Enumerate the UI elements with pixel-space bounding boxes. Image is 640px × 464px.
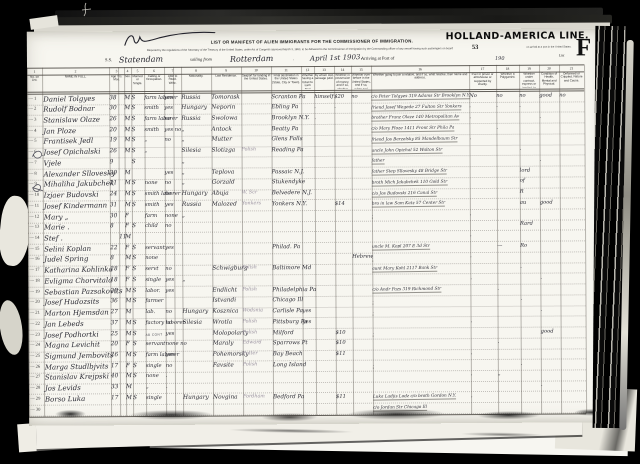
cell-dest: Baltimore Md bbox=[272, 265, 311, 271]
cell-pri: . bbox=[471, 372, 473, 378]
cell-yrs: 33 bbox=[111, 384, 118, 390]
cell-hea: . bbox=[539, 114, 541, 120]
cell-dest: Belvedere N.J. bbox=[272, 190, 312, 196]
cell-res: Swolowa bbox=[211, 115, 237, 121]
cell-name: Jan Ploze bbox=[43, 127, 76, 136]
cell-rw: yes bbox=[165, 202, 174, 208]
cell-nat: Hungary bbox=[181, 105, 207, 111]
paper-blotch bbox=[0, 299, 26, 357]
cell-rw: yes bbox=[164, 94, 173, 100]
cell-poly: „ bbox=[498, 371, 501, 377]
cell-no: — 15 bbox=[29, 245, 39, 250]
cell-ms: S bbox=[131, 95, 135, 101]
cell-con: . bbox=[520, 264, 522, 270]
cell-con: . bbox=[519, 103, 521, 109]
cell-occ: none bbox=[145, 180, 158, 186]
cell-rel: . bbox=[372, 255, 373, 262]
cell-ms: S bbox=[132, 223, 136, 229]
cell-occ: farm laborer bbox=[144, 116, 177, 122]
cell-rel: . bbox=[373, 330, 374, 337]
column-header: Seaport for landing in the United States… bbox=[242, 74, 271, 89]
cell-before: Hebrew bbox=[352, 254, 373, 260]
cell-rel: friend Jos Barzelsky 85 Mandelbaum Str bbox=[371, 135, 457, 143]
cell-sex: M bbox=[124, 105, 130, 111]
cell-rw: . bbox=[166, 384, 168, 390]
cell-rel: bro in law Sam Katz 57 Center Str bbox=[372, 200, 445, 208]
cell-sea: Yonkers bbox=[242, 201, 261, 206]
cell-occ: servt bbox=[145, 266, 158, 272]
cell-no: — 23 bbox=[30, 331, 40, 336]
cell-paid: himself bbox=[314, 93, 333, 99]
cell-dest: Scranton Pa bbox=[271, 94, 305, 100]
cell-dest: Stukendyke bbox=[272, 179, 305, 185]
cell-dest: Beatty Pa bbox=[271, 126, 298, 132]
cell-occ: „ bbox=[146, 384, 149, 390]
cell-yrs: 20 bbox=[111, 342, 118, 348]
cell-occ: labor. bbox=[145, 288, 160, 294]
column-header: Nationality. bbox=[182, 75, 211, 90]
cell-rel: broth Mich Jakubchek 110 Gold Str bbox=[372, 178, 448, 186]
cell-name: Katharina Kohlinka bbox=[44, 265, 113, 274]
cell-dest: Chicago Ill bbox=[272, 297, 303, 303]
cell-ms: S bbox=[133, 341, 137, 347]
cell-res: Wrotla bbox=[213, 319, 233, 325]
cell-sea: Polish bbox=[242, 287, 257, 292]
cell-dest: Passaic N.J. bbox=[272, 169, 305, 175]
cell-res: Abuja bbox=[212, 191, 229, 197]
column-header: Sex. bbox=[125, 75, 131, 90]
cell-nat: Hungary bbox=[182, 309, 208, 315]
cell-name: Alexander Sllovesky bbox=[44, 169, 116, 178]
cell-sea: Polish bbox=[243, 362, 258, 367]
cell-no: — 19 bbox=[29, 288, 39, 293]
column-header: Able to Read. Write. bbox=[165, 75, 181, 90]
cell-name: Sigmund Jembovits bbox=[45, 351, 114, 360]
cell-rw: yes bbox=[165, 277, 174, 283]
cell-name: Stef . bbox=[44, 234, 63, 242]
cell-rel: uncle M. Kopl 207 E 3d Str bbox=[372, 243, 430, 250]
cell-nat: „ bbox=[182, 180, 185, 186]
cell-hea: good bbox=[539, 92, 552, 98]
cell-rw: yes no bbox=[164, 127, 181, 133]
cell-ms: S bbox=[133, 352, 137, 358]
cell-poly: . bbox=[498, 339, 500, 345]
cell-rw: no bbox=[165, 309, 172, 315]
cell-name: Selini Koplan bbox=[44, 244, 91, 253]
cell-con: R bbox=[520, 189, 524, 195]
cell-rel: . bbox=[373, 362, 374, 369]
cell-pri: . bbox=[469, 135, 471, 141]
cell-pri: . bbox=[470, 275, 472, 281]
cell-res: Teplova bbox=[212, 169, 235, 175]
cell-nat: „ bbox=[181, 137, 184, 143]
cell-no: — 8 bbox=[29, 170, 37, 175]
margin-scribble bbox=[30, 147, 46, 161]
cell-yrs: 20 bbox=[109, 127, 116, 133]
cell-no: — 12 bbox=[29, 213, 39, 218]
cell-name: Frantisek Jedl bbox=[43, 137, 93, 146]
cell-money: $14 bbox=[335, 201, 345, 207]
cell-name: Josef Opichalski bbox=[43, 148, 100, 157]
cell-yrs: 38 bbox=[109, 95, 116, 101]
cell-ms: S bbox=[132, 288, 136, 294]
cell-occ: none bbox=[146, 373, 159, 379]
cell-ms: S bbox=[131, 105, 135, 111]
manifest-document: LIST OR MANIFEST OF ALIEN IMMIGRANTS FOR… bbox=[27, 28, 609, 426]
contract-stamp: AB CONT bbox=[146, 332, 163, 337]
cell-poly: . bbox=[496, 103, 498, 109]
cell-ms: S bbox=[132, 202, 136, 208]
cell-yrs: 9 bbox=[110, 159, 114, 165]
cell-sex: M bbox=[125, 288, 131, 294]
column-number: 8 bbox=[181, 68, 211, 72]
cell-poly: . bbox=[497, 286, 499, 292]
cell-name: Mihaliha Jakubchek bbox=[44, 180, 115, 189]
cell-rel: . bbox=[372, 298, 373, 305]
column-number: 12 bbox=[301, 68, 314, 72]
column-number: 18 bbox=[496, 66, 519, 70]
cell-no: — 28 bbox=[30, 385, 40, 390]
cell-occ: child bbox=[145, 223, 158, 229]
cell-sex: F bbox=[125, 223, 129, 229]
cell-nat: Russia bbox=[181, 116, 200, 122]
cell-no: — 4 bbox=[28, 127, 36, 132]
cell-pri: . bbox=[471, 350, 473, 356]
margin-scribble bbox=[30, 180, 46, 194]
column-header: Whether having a ticket to such final de… bbox=[302, 74, 314, 89]
cell-sex: M bbox=[126, 331, 132, 337]
column-number: 11 bbox=[271, 68, 301, 72]
cell-res: Tomorask bbox=[211, 94, 240, 100]
cell-con: Rard bbox=[520, 221, 533, 227]
cell-res: Antock bbox=[211, 126, 232, 132]
cell-yrs: 17 bbox=[111, 363, 118, 369]
cell-rw: no bbox=[166, 320, 173, 326]
cell-name: Josef Kindermann bbox=[44, 201, 108, 210]
cell-rel: uncle John Opichal 52 Walton Str bbox=[371, 146, 442, 154]
cell-res: Favsite bbox=[213, 362, 234, 368]
cell-nat: Russia bbox=[182, 202, 201, 208]
cell-yrs: 20 bbox=[110, 170, 117, 176]
cell-sex: F bbox=[126, 363, 130, 369]
cell-name: Marie . bbox=[44, 223, 70, 232]
cell-sex: M bbox=[125, 148, 131, 154]
cell-yrs: 26 bbox=[109, 116, 116, 122]
cell-sea: Potter bbox=[243, 351, 258, 356]
cell-no: — 18 bbox=[29, 278, 39, 283]
cell-poly: . bbox=[496, 125, 498, 131]
cell-rw: no bbox=[165, 180, 172, 186]
cell-dest: Milford bbox=[273, 330, 294, 336]
cell-rel: brother Franz Olaze 140 Metropolitan Av bbox=[371, 114, 459, 122]
cell-sex: F bbox=[125, 277, 129, 283]
cell-nat: „ bbox=[182, 159, 185, 165]
cell-hea: good bbox=[541, 328, 554, 334]
cell-ms: S bbox=[132, 245, 136, 251]
cell-res: Endlicht bbox=[212, 287, 237, 293]
cell-no: — 27 bbox=[30, 374, 40, 379]
cell-hea: . bbox=[540, 275, 542, 281]
cell-no: — 24 bbox=[30, 342, 40, 347]
cell-sea: Polish bbox=[243, 319, 258, 324]
cell-tkt: yes bbox=[303, 319, 312, 325]
cell-res: Kosznica bbox=[212, 309, 238, 315]
cell-nat: „ bbox=[182, 277, 185, 283]
cell-name: Marton Hjemsdan bbox=[44, 308, 108, 317]
cell-con: no bbox=[519, 92, 526, 98]
cell-rw: no bbox=[165, 266, 172, 272]
cell-occ: farmer bbox=[145, 298, 163, 304]
cell-ms: S bbox=[132, 277, 136, 283]
cell-ms: S bbox=[131, 127, 135, 133]
cell-name: Vjele bbox=[43, 159, 61, 167]
cell-con: of bbox=[520, 178, 525, 184]
cell-no: — 25 bbox=[30, 353, 40, 358]
cell-yrs: 40 bbox=[111, 374, 118, 380]
column-header: Condition of Health, Mental and Physical… bbox=[540, 73, 559, 88]
cell-rw: none no bbox=[166, 341, 187, 347]
cell-no: — 11 bbox=[29, 203, 39, 208]
cell-rel: c/o Peter Tolgyes 319 Adams Str Brooklyn… bbox=[371, 92, 470, 100]
column-number: 19 bbox=[519, 66, 539, 70]
cell-sex: M bbox=[124, 95, 130, 101]
cell-rel: c/o Jos Budovski 216 Canal Str bbox=[372, 189, 438, 196]
cell-occ: servant bbox=[145, 245, 165, 251]
cell-name: Josef Podhortki bbox=[45, 330, 99, 339]
cell-dest: Yonkers N.Y. bbox=[272, 201, 307, 207]
cell-sea: Polish bbox=[242, 148, 257, 153]
cell-no: — 17 bbox=[29, 267, 39, 272]
cell-rel: c/o Andr Pazs 319 Richmond Str bbox=[372, 286, 441, 294]
column-header: Whether a Polygamist. bbox=[497, 73, 519, 88]
manifest-table: 123456789101112131415161718192021No. on … bbox=[27, 28, 586, 425]
pencil-mark bbox=[74, 0, 114, 22]
cell-nat: Silesia bbox=[183, 320, 202, 326]
cell-money: $11 bbox=[336, 351, 346, 357]
cell-yrs: 24 bbox=[110, 191, 117, 197]
cell-name: Daniel Tolgyes bbox=[43, 94, 95, 103]
column-number: 4 bbox=[124, 69, 131, 73]
cell-sex: M bbox=[124, 127, 130, 133]
cell-sex: M bbox=[125, 191, 131, 197]
cell-pri: . bbox=[470, 232, 472, 238]
cell-con: . bbox=[521, 361, 523, 367]
cell-ms: S bbox=[132, 159, 136, 165]
cell-sex: M bbox=[126, 320, 132, 326]
cell-pri: . bbox=[471, 318, 473, 324]
cell-occ: farm bbox=[145, 212, 157, 218]
cell-sex: F bbox=[126, 341, 130, 347]
cell-sex: F bbox=[125, 266, 129, 272]
cell-no: — 14 bbox=[29, 235, 39, 240]
cell-name: Josef Hudozsits bbox=[44, 298, 99, 307]
cell-rw: no bbox=[165, 223, 172, 229]
column-header: No. on List. bbox=[28, 76, 42, 91]
cell-res: Gorzald bbox=[212, 180, 235, 186]
cell-ms: S bbox=[132, 191, 136, 197]
column-number: 13 bbox=[314, 67, 334, 71]
cell-name: Stanislaw Olaze bbox=[43, 115, 100, 124]
cell-ms: S bbox=[132, 298, 136, 304]
cell-con: Ro bbox=[520, 242, 527, 248]
cell-con: lord bbox=[520, 167, 531, 173]
cell-name: Jos Levids bbox=[45, 384, 81, 393]
cell-no: — 21 bbox=[30, 310, 40, 315]
cell-sex: M bbox=[125, 299, 131, 305]
cell-sea: Wodsnia bbox=[242, 308, 263, 313]
column-header: Whether going to join a relative, and if… bbox=[372, 73, 469, 89]
cell-occ: smith laborer bbox=[145, 191, 181, 197]
cell-res: Maraly bbox=[213, 341, 234, 347]
cell-yrs: 30 bbox=[110, 213, 117, 219]
cell-ms: S bbox=[133, 331, 137, 337]
cell-yrs: 21 bbox=[110, 181, 117, 187]
column-number: 6 bbox=[144, 68, 164, 72]
cell-hea: good bbox=[540, 199, 553, 205]
cell-sea: Polish bbox=[242, 266, 257, 271]
ink-smear bbox=[23, 394, 615, 428]
cell-occ: „ bbox=[144, 137, 147, 143]
cell-occ: none bbox=[145, 255, 158, 261]
cell-paid: . bbox=[314, 104, 316, 110]
cell-nat: „ bbox=[182, 169, 185, 175]
cell-ms: S bbox=[132, 266, 136, 272]
cell-yrs: 31 bbox=[110, 202, 117, 208]
cell-occ: „ bbox=[145, 148, 148, 154]
cell-sex: M bbox=[124, 116, 130, 122]
column-number: 21 bbox=[559, 66, 584, 70]
cell-ms: S bbox=[133, 363, 137, 369]
cell-pri: No bbox=[469, 93, 477, 99]
cell-pri: . bbox=[469, 114, 471, 120]
cell-con: . bbox=[520, 146, 522, 152]
column-header: Final destination in the United States (… bbox=[272, 74, 301, 89]
cell-name: Magna Levichit bbox=[45, 341, 100, 350]
cell-no: — 5 bbox=[28, 138, 36, 143]
cell-sex: M bbox=[125, 170, 131, 176]
cell-yrs: 18 bbox=[110, 277, 117, 283]
column-number: 14 bbox=[334, 67, 351, 71]
cell-ms: S bbox=[133, 374, 137, 380]
column-number: 3 bbox=[109, 69, 124, 73]
cell-ms: S bbox=[131, 138, 135, 144]
cell-no: — 22 bbox=[30, 321, 40, 326]
cell-no: — 2 bbox=[28, 106, 36, 111]
cell-yrs: 26 bbox=[110, 148, 117, 154]
cell-occ: smith bbox=[144, 127, 159, 133]
cell-rel: . bbox=[372, 212, 373, 219]
cell-yrs: 26 bbox=[111, 352, 118, 358]
cell-no: — 1 bbox=[28, 95, 36, 100]
cell-rel: father bbox=[372, 158, 385, 165]
cell-occ: servant bbox=[146, 341, 166, 347]
cell-yrs: 36 bbox=[110, 299, 117, 305]
cell-yrs: 22 bbox=[110, 245, 117, 251]
cell-rw: yes bbox=[166, 352, 175, 358]
cell-sex: M bbox=[125, 234, 131, 240]
cell-no: — 3 bbox=[28, 117, 36, 122]
column-number: 17 bbox=[469, 66, 496, 70]
column-number: 7 bbox=[164, 68, 181, 72]
cell-no: — 16 bbox=[29, 256, 39, 261]
cell-no: — 26 bbox=[30, 363, 40, 368]
cell-money: $10 bbox=[336, 329, 346, 335]
cell-pri: . bbox=[469, 103, 471, 109]
cell-poly: — bbox=[497, 243, 502, 249]
cell-yrs: 28 bbox=[110, 266, 117, 272]
cell-no: — 13 bbox=[29, 224, 39, 229]
cell-yrs: 30 bbox=[109, 105, 116, 111]
cell-poly: no bbox=[496, 92, 503, 98]
scanned-manifest-page: { "page": { "background_color": "#000000… bbox=[0, 0, 640, 464]
column-header: Ever in prison or almshouse or supported… bbox=[470, 73, 496, 88]
cell-yrs: 27 bbox=[110, 309, 117, 315]
cell-rw: yes bbox=[166, 330, 175, 336]
cell-ms: S bbox=[133, 320, 137, 326]
cell-dest: Long Island bbox=[273, 362, 306, 368]
cell-name: Judel Spring bbox=[44, 255, 88, 264]
cell-sex: M bbox=[126, 374, 132, 380]
column-header: Age Yrs. Mos. bbox=[110, 75, 124, 90]
column-header: Whether in possession of money, and if s… bbox=[335, 74, 351, 89]
cell-rw: no bbox=[164, 137, 171, 143]
cell-yrs: 26 bbox=[110, 288, 117, 294]
cell-yrs: 19 bbox=[109, 138, 116, 144]
cell-sex: M bbox=[126, 384, 132, 390]
cell-sea: Polish bbox=[243, 330, 258, 335]
cell-yrs: 25 bbox=[111, 331, 118, 337]
cell-name: Izjaer Budovski bbox=[44, 191, 99, 200]
cell-pri: . bbox=[470, 253, 472, 259]
cell-nat: Hungary bbox=[182, 191, 208, 197]
cell-dest: Reading Pa bbox=[272, 147, 304, 153]
cell-before: no bbox=[351, 93, 358, 99]
cell-tkt: yes bbox=[302, 308, 311, 314]
cell-rel: aunt Mary Kohl 2117 Bank Str bbox=[372, 264, 437, 271]
column-header: Married or Single. bbox=[132, 75, 144, 90]
column-header: Last Residence. bbox=[212, 74, 241, 89]
cell-sex: M bbox=[124, 138, 130, 144]
cell-hea: . bbox=[540, 157, 542, 163]
cell-sex: M bbox=[125, 180, 131, 186]
cell-sex: M bbox=[125, 202, 131, 208]
cell-sex: M bbox=[126, 352, 132, 358]
cell-dest: Sparrows Pt bbox=[273, 340, 308, 346]
cell-res: Istvandi bbox=[212, 298, 236, 304]
column-number: 1 bbox=[27, 69, 42, 73]
column-header: NAME IN FULL. bbox=[43, 75, 109, 90]
column-number: 20 bbox=[539, 66, 559, 70]
cell-yrs: 37 bbox=[111, 320, 118, 326]
cell-name: Marga Studlbjvits bbox=[45, 362, 109, 371]
cell-hea: . bbox=[540, 307, 542, 313]
cell-paid: . bbox=[314, 115, 316, 121]
cell-sex: M bbox=[125, 256, 131, 262]
cell-nat: „ bbox=[181, 127, 184, 133]
cell-con: au bbox=[520, 200, 526, 206]
column-header: Whether ever before in the United States… bbox=[352, 74, 371, 89]
cell-sex: M bbox=[125, 309, 131, 315]
cell-rw: none bbox=[165, 212, 178, 218]
cell-money: $20 bbox=[334, 93, 344, 99]
cell-ms: S bbox=[131, 116, 135, 122]
cell-rel: . bbox=[372, 308, 373, 315]
cell-ms: S bbox=[132, 180, 136, 186]
cell-pri: . bbox=[470, 211, 472, 217]
cell-rw: yes bbox=[164, 105, 173, 111]
cell-hea: . bbox=[541, 382, 543, 388]
column-number: 16 bbox=[371, 67, 469, 72]
